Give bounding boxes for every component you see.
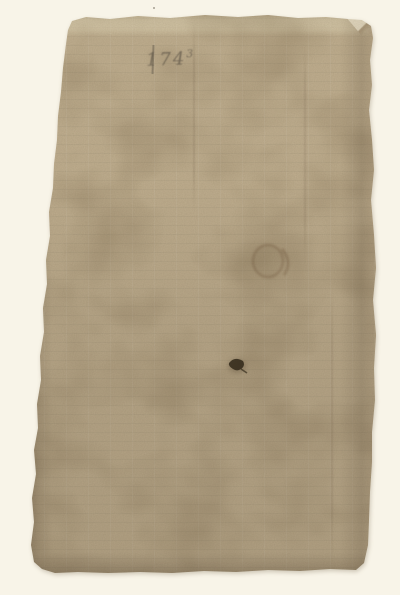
year-inscription: 1743 <box>146 47 194 71</box>
paper-sheet: 1743 <box>0 0 400 595</box>
year-main: 174 <box>146 48 187 70</box>
marks-layer <box>0 0 400 595</box>
ring-stain <box>253 245 288 277</box>
year-superscript: 3 <box>186 47 193 60</box>
paper-sheet-wrap: 1743 <box>0 0 400 595</box>
manuscript-scan: 1743 <box>0 0 400 595</box>
ink-blot <box>228 359 247 373</box>
